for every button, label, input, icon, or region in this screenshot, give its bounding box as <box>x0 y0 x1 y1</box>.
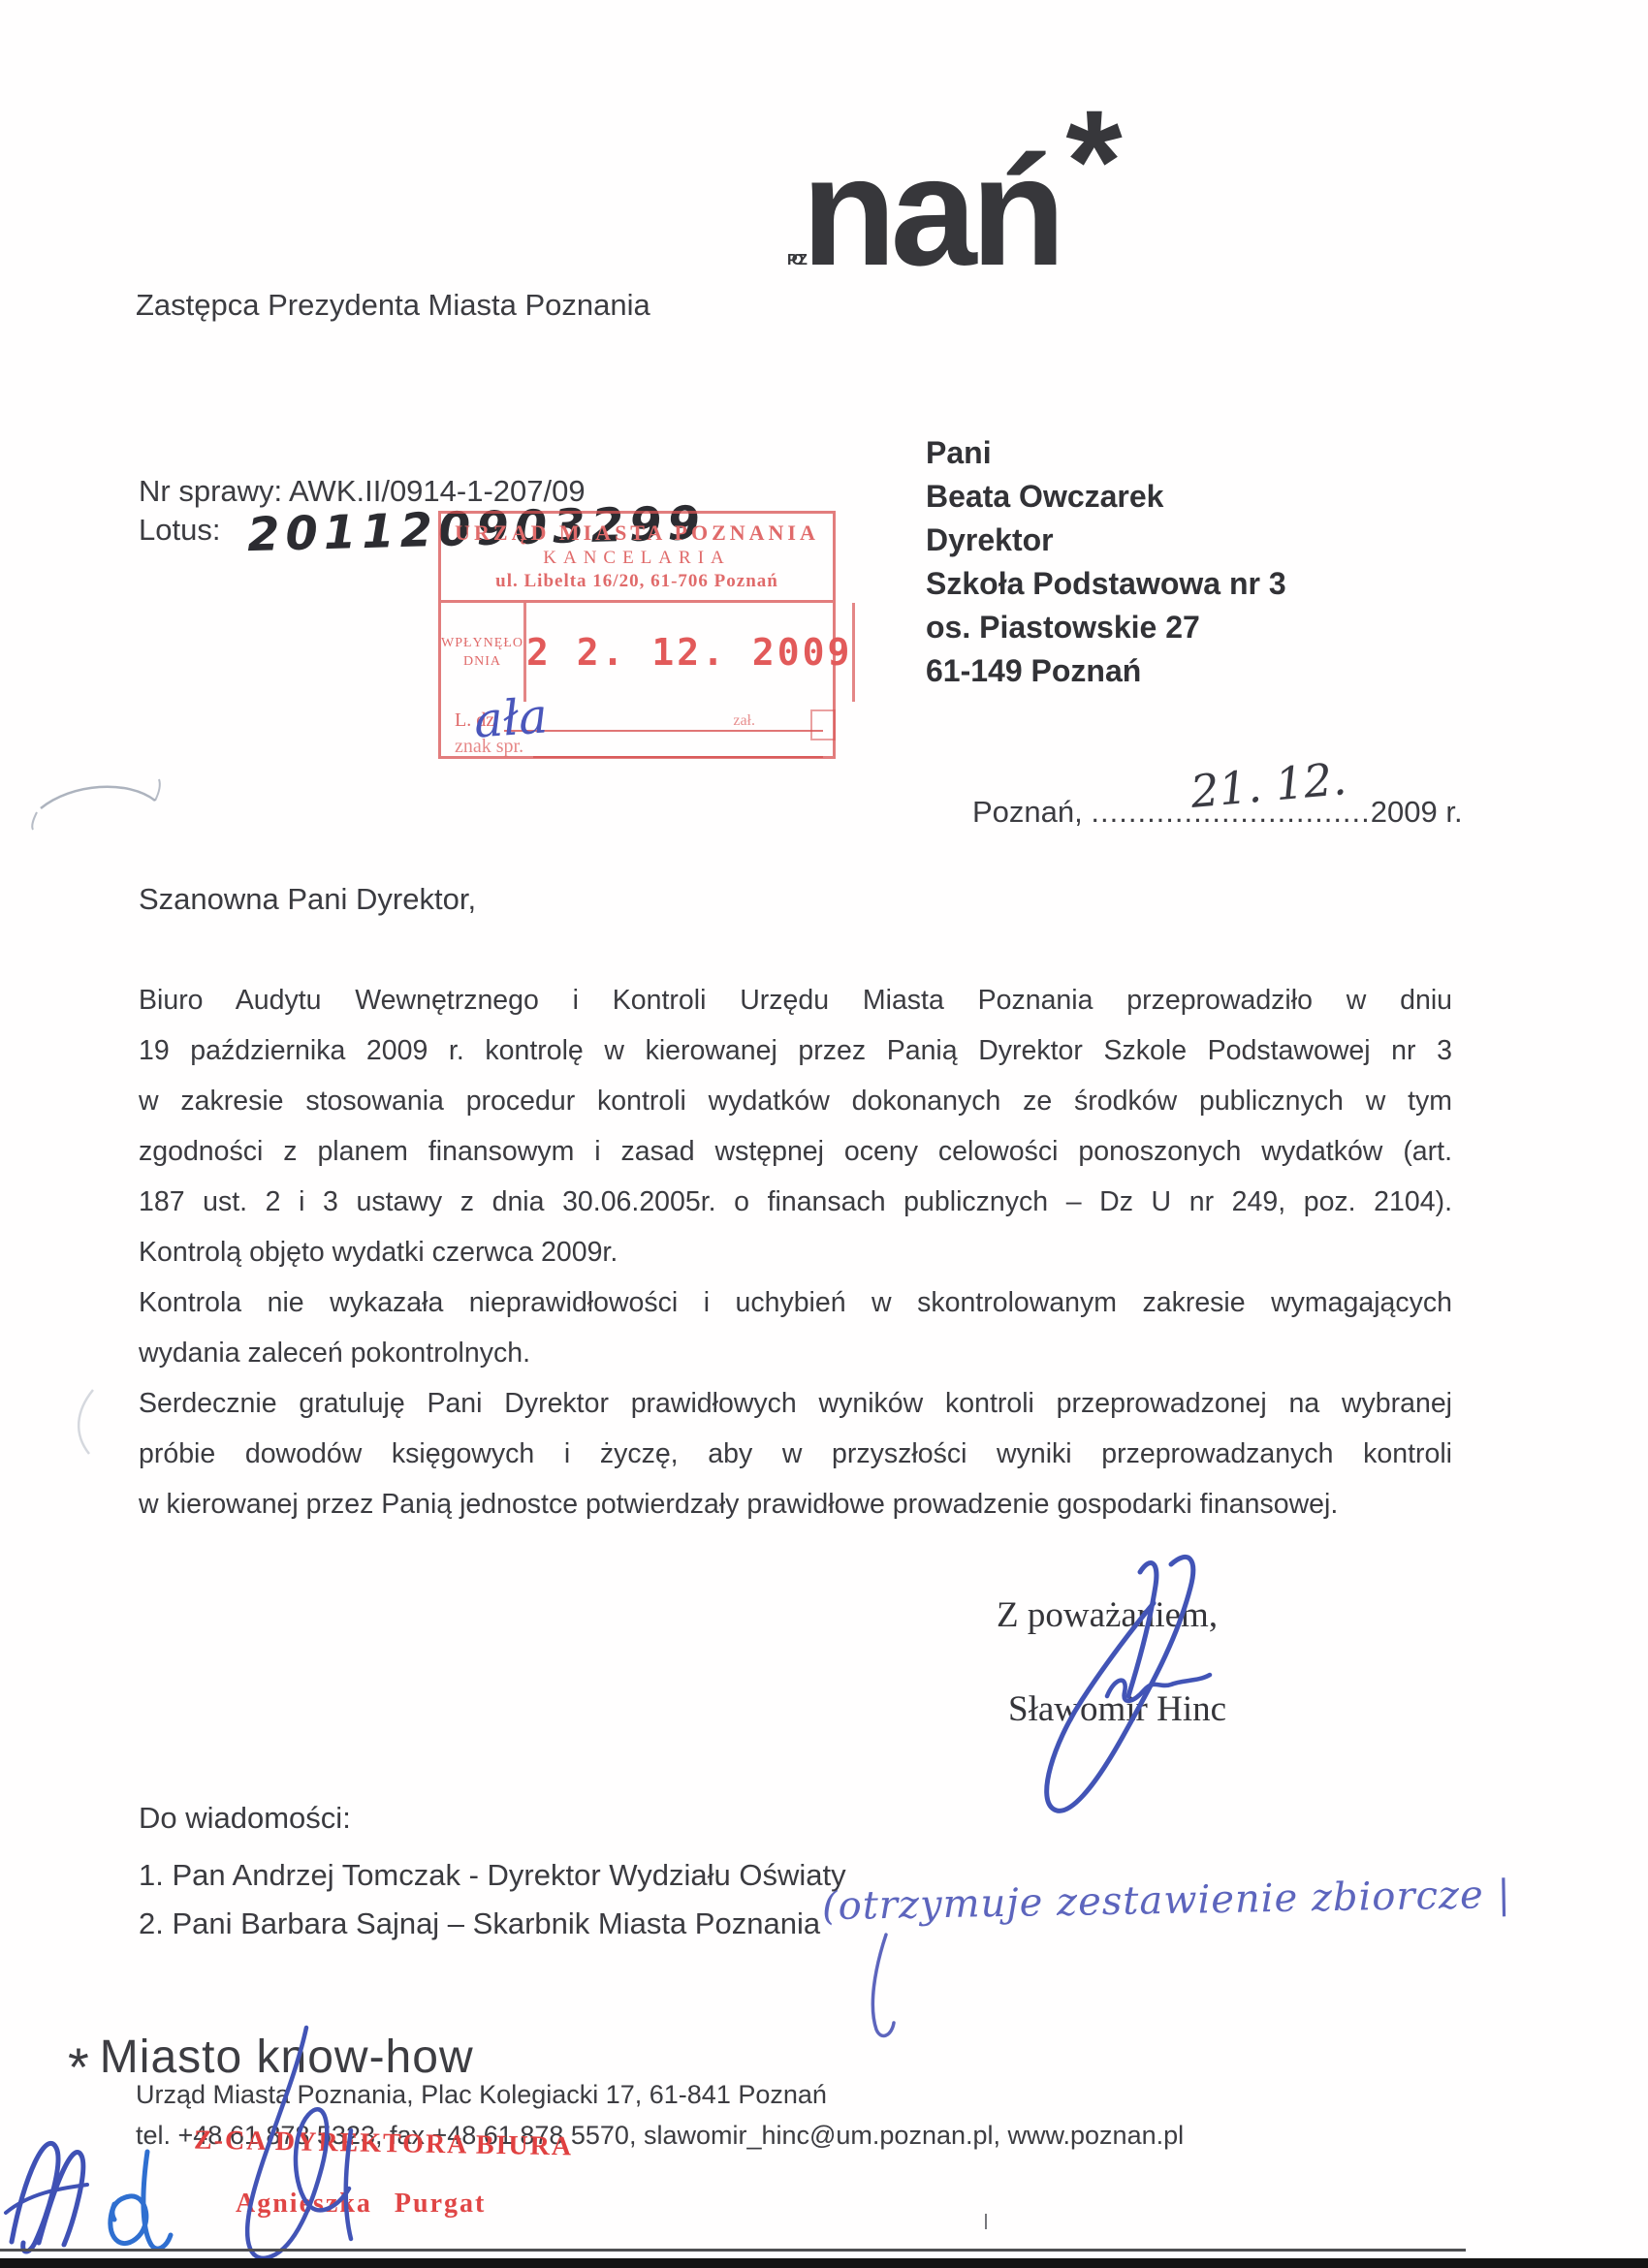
recipient-line: 61-149 Poznań <box>926 649 1286 693</box>
scan-tick-artifact <box>985 2214 987 2229</box>
body-line: w kierowanej przez Panią jednostce potwi… <box>139 1479 1452 1529</box>
stamp-unit-name: KANCELARIA <box>443 548 831 569</box>
intake-stamp: URZĄD MIASTA POZNANIA KANCELARIA ul. Lib… <box>438 511 836 759</box>
poznan-logo: POZnań* <box>787 134 1117 289</box>
cc-item: 2. Pani Barbara Sajnaj – Skarbnik Miasta… <box>139 1900 846 1948</box>
body-line: próbie dowodów księgowych i życzę, aby w… <box>139 1429 1452 1479</box>
recipient-line: Szkoła Podstawowa nr 3 <box>926 562 1286 606</box>
dateline-year: 2009 r. <box>1371 795 1463 829</box>
dateline-city: Poznań, <box>972 795 1083 829</box>
scan-edge-line <box>0 2249 1466 2252</box>
stamp-received-label: WPŁYNĘŁO DNIA <box>441 603 526 702</box>
staple-mark-artifact <box>27 764 182 832</box>
stamp-received-date: 2 2. 12. 2009 <box>526 603 852 702</box>
letter-body: Biuro Audytu Wewnętrznego i Kontroli Urz… <box>139 975 1452 1529</box>
salutation: Szanowna Pani Dyrektor, <box>139 882 476 917</box>
scan-smudge-artifact <box>64 1384 103 1462</box>
body-line: Kontrolą objęto wydatki czerwca 2009r. <box>139 1227 1452 1277</box>
cc-block: Do wiadomości: 1. Pan Andrzej Tomczak - … <box>139 1801 846 1948</box>
stamp-received-label-right: WPŁYNĘŁ DNIA <box>852 603 855 702</box>
logo-text-main: POZ <box>787 252 802 268</box>
body-line: Serdecznie gratuluję Pani Dyrektor prawi… <box>139 1378 1452 1429</box>
clerk-initials-handwritten: ała <box>472 687 550 748</box>
stamp-rule-line: zał. <box>504 710 823 732</box>
scanned-letter-page: POZnań* Zastępca Prezydenta Miasta Pozna… <box>0 0 1648 2268</box>
body-line: wydania zaleceń pokontrolnych. <box>139 1328 1452 1378</box>
logo-text-sub: nań <box>802 124 1060 298</box>
recipient-line: os. Piastowskie 27 <box>926 606 1286 649</box>
stamp-corner-box <box>810 709 836 740</box>
handwritten-annotation: (otrzymuje zestawienie zbiorcze | <box>822 1873 1512 1929</box>
body-line: zgodności z planem finansowym i zasad ws… <box>139 1126 1452 1177</box>
stamp-office-name: URZĄD MIASTA POZNANIA <box>443 520 831 546</box>
annotation-descender-ink <box>857 1931 925 2047</box>
bottom-signatures-ink <box>0 2014 679 2268</box>
logo-asterisk-icon: * <box>1065 79 1122 242</box>
body-line: w zakresie stosowania procedur kontroli … <box>139 1076 1452 1126</box>
recipient-line: Dyrektor <box>926 519 1286 562</box>
cc-item: 1. Pan Andrzej Tomczak - Dyrektor Wydzia… <box>139 1851 846 1900</box>
recipient-line: Pani <box>926 431 1286 475</box>
body-line: Kontrola nie wykazała nieprawidłowości i… <box>139 1277 1452 1328</box>
intake-stamp-header: URZĄD MIASTA POZNANIA KANCELARIA ul. Lib… <box>441 514 833 603</box>
cc-label: Do wiadomości: <box>139 1801 846 1836</box>
stamp-rule-line <box>533 737 823 758</box>
recipient-line: Beata Owczarek <box>926 475 1286 519</box>
sender-title: Zastępca Prezydenta Miasta Poznania <box>136 288 650 323</box>
body-line: Biuro Audytu Wewnętrznego i Kontroli Urz… <box>139 975 1452 1025</box>
scan-edge-band <box>0 2258 1648 2268</box>
body-line: 187 ust. 2 i 3 ustawy z dnia 30.06.2005r… <box>139 1177 1452 1227</box>
stamp-office-address: ul. Libelta 16/20, 61-706 Poznań <box>443 571 831 592</box>
body-line: 19 października 2009 r. kontrolę w kiero… <box>139 1025 1452 1076</box>
stamp-zal-note: zał. <box>733 712 755 730</box>
signature-ink <box>960 1543 1289 1834</box>
recipient-block: Pani Beata Owczarek Dyrektor Szkoła Pods… <box>926 431 1286 693</box>
